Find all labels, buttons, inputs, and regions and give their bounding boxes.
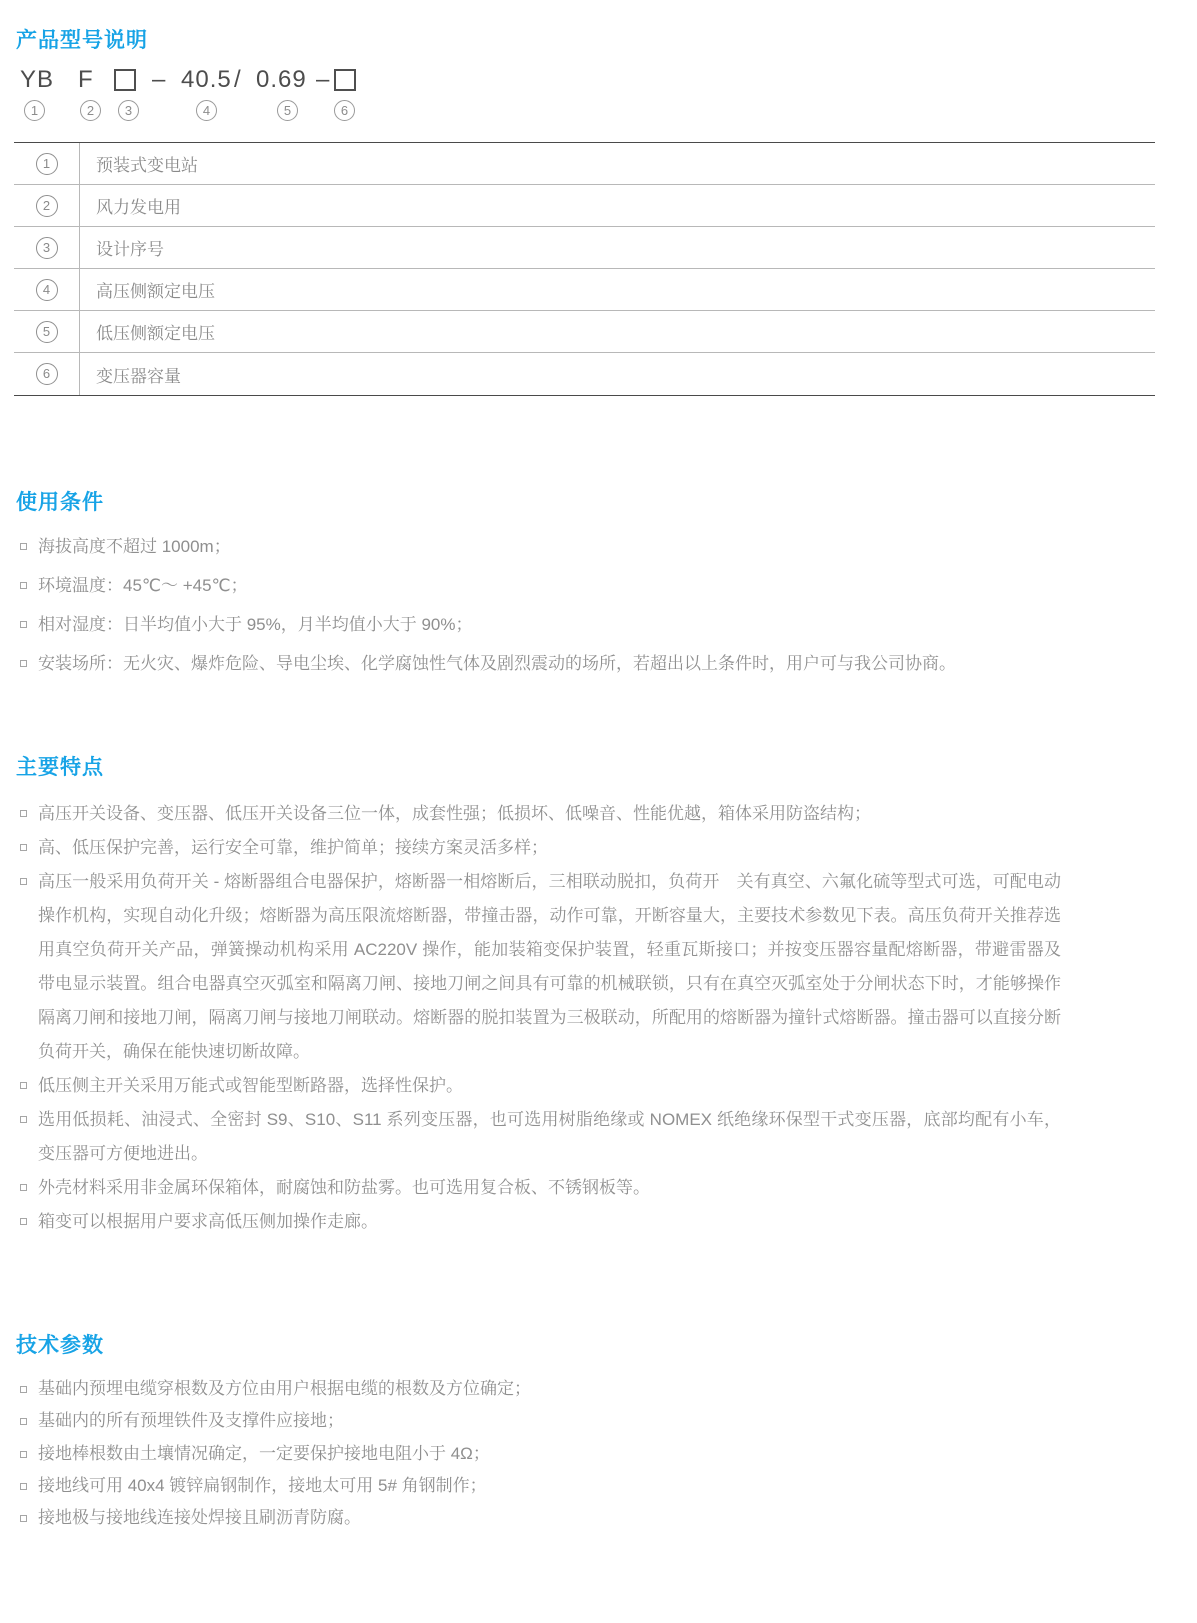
row-label: 设计序号 xyxy=(80,235,164,260)
row-number-cell: 1 xyxy=(14,143,80,184)
square-bullet-icon xyxy=(20,1218,27,1225)
list-item: 接地棒根数由土壤情况确定，一定要保护接地电阻小于 4Ω； xyxy=(18,1438,1061,1470)
square-bullet-icon xyxy=(20,1386,27,1393)
list-item-text: 接地线可用 40x4 镀锌扁钢制作，接地太可用 5# 角钢制作； xyxy=(38,1476,487,1495)
list-item: 低压侧主开关采用万能式或智能型断路器，选择性保护。 xyxy=(18,1069,1061,1103)
list-item: 安装场所：无火灾、爆炸危险、导电尘埃、化学腐蚀性气体及剧烈震动的场所，若超出以上… xyxy=(18,647,1061,681)
list-item-text: 选用低损耗、油浸式、全密封 S9、S10、S11 系列变压器，也可选用树脂绝缘或… xyxy=(38,1110,1061,1163)
list-item: 高压一般采用负荷开关 - 熔断器组合电器保护，熔断器一相熔断后，三相联动脱扣，负… xyxy=(18,865,1061,1069)
list-item: 选用低损耗、油浸式、全密封 S9、S10、S11 系列变压器，也可选用树脂绝缘或… xyxy=(18,1103,1061,1171)
row-number-cell: 3 xyxy=(14,227,80,268)
marker-circle-6: 6 xyxy=(334,100,355,121)
square-bullet-icon xyxy=(20,1483,27,1490)
table-row: 5 低压侧额定电压 xyxy=(14,311,1155,353)
marker-circle-3: 3 xyxy=(118,100,139,121)
list-item-text: 高、低压保护完善，运行安全可靠，维护简单；接续方案灵活多样； xyxy=(38,838,548,857)
usage-conditions-list: 海拔高度不超过 1000m； 环境温度：45℃～ +45℃； 相对湿度：日半均值… xyxy=(0,530,1131,681)
list-item-text: 海拔高度不超过 1000m； xyxy=(38,537,231,556)
main-features-list: 高压开关设备、变压器、低压开关设备三位一体，成套性强；低损坏、低噪音、性能优越，… xyxy=(0,797,1131,1239)
model-placeholder-box-icon xyxy=(114,69,136,91)
circled-number-icon: 4 xyxy=(36,279,58,301)
list-item-text: 接地棒根数由土壤情况确定，一定要保护接地电阻小于 4Ω； xyxy=(38,1444,490,1463)
square-bullet-icon xyxy=(20,844,27,851)
list-item: 接地线可用 40x4 镀锌扁钢制作，接地太可用 5# 角钢制作； xyxy=(18,1470,1061,1502)
square-bullet-icon xyxy=(20,1082,27,1089)
table-row: 6 变压器容量 xyxy=(14,353,1155,395)
list-item: 基础内的所有预埋铁件及支撑件应接地； xyxy=(18,1405,1061,1437)
list-item: 箱变可以根据用户要求高低压侧加操作走廊。 xyxy=(18,1205,1061,1239)
marker-circle-4: 4 xyxy=(196,100,217,121)
list-item-text: 安装场所：无火灾、爆炸危险、导电尘埃、化学腐蚀性气体及剧烈震动的场所，若超出以上… xyxy=(38,654,956,673)
list-item: 环境温度：45℃～ +45℃； xyxy=(18,569,1061,603)
list-item-text: 相对湿度：日半均值小大于 95%，月半均值小大于 90%； xyxy=(38,615,473,634)
main-features-title: 主要特点 xyxy=(16,751,1197,781)
list-item: 外壳材料采用非金属环保箱体，耐腐蚀和防盐雾。也可选用复合板、不锈钢板等。 xyxy=(18,1171,1061,1205)
square-bullet-icon xyxy=(20,543,27,550)
technical-parameters-title: 技术参数 xyxy=(16,1329,1197,1359)
technical-parameters-list: 基础内预埋电缆穿根数及方位由用户根据电缆的根数及方位确定； 基础内的所有预埋铁件… xyxy=(0,1373,1131,1534)
square-bullet-icon xyxy=(20,1418,27,1425)
model-code-lv: 0.69 xyxy=(256,66,307,94)
list-item: 基础内预埋电缆穿根数及方位由用户根据电缆的根数及方位确定； xyxy=(18,1373,1061,1405)
model-legend-table: 1 预装式变电站 2 风力发电用 3 设计序号 4 高压侧额定电压 5 低压侧额… xyxy=(14,142,1155,396)
square-bullet-icon xyxy=(20,1116,27,1123)
circled-number-icon: 1 xyxy=(36,153,58,175)
circled-number-icon: 3 xyxy=(36,237,58,259)
square-bullet-icon xyxy=(20,660,27,667)
list-item: 高压开关设备、变压器、低压开关设备三位一体，成套性强；低损坏、低噪音、性能优越，… xyxy=(18,797,1061,831)
row-number-cell: 6 xyxy=(14,353,80,395)
model-placeholder-box-icon xyxy=(334,69,356,91)
model-code-dash2: – xyxy=(316,66,330,94)
row-label: 高压侧额定电压 xyxy=(80,277,215,302)
marker-circle-2: 2 xyxy=(80,100,101,121)
row-label: 变压器容量 xyxy=(80,362,181,387)
list-item-text: 高压一般采用负荷开关 - 熔断器组合电器保护，熔断器一相熔断后，三相联动脱扣，负… xyxy=(38,872,1061,1061)
table-row: 2 风力发电用 xyxy=(14,185,1155,227)
table-row: 1 预装式变电站 xyxy=(14,143,1155,185)
usage-conditions-title: 使用条件 xyxy=(16,486,1197,516)
square-bullet-icon xyxy=(20,878,27,885)
circled-number-icon: 5 xyxy=(36,321,58,343)
model-code-series: YB xyxy=(20,66,54,94)
circled-number-icon: 6 xyxy=(36,363,58,385)
square-bullet-icon xyxy=(20,1451,27,1458)
table-row: 3 设计序号 xyxy=(14,227,1155,269)
list-item-text: 箱变可以根据用户要求高低压侧加操作走廊。 xyxy=(38,1212,378,1231)
row-number-cell: 5 xyxy=(14,311,80,352)
list-item-text: 外壳材料采用非金属环保箱体，耐腐蚀和防盐雾。也可选用复合板、不锈钢板等。 xyxy=(38,1178,650,1197)
row-number-cell: 4 xyxy=(14,269,80,310)
list-item-text: 低压侧主开关采用万能式或智能型断路器，选择性保护。 xyxy=(38,1076,463,1095)
square-bullet-icon xyxy=(20,1184,27,1191)
list-item-text: 基础内预埋电缆穿根数及方位由用户根据电缆的根数及方位确定； xyxy=(38,1379,531,1398)
list-item-text: 高压开关设备、变压器、低压开关设备三位一体，成套性强；低损坏、低噪音、性能优越，… xyxy=(38,804,871,823)
model-code-type: F xyxy=(78,66,94,94)
model-section-title: 产品型号说明 xyxy=(16,24,1197,54)
row-label: 预装式变电站 xyxy=(80,151,198,176)
square-bullet-icon xyxy=(20,621,27,628)
list-item-text: 基础内的所有预埋铁件及支撑件应接地； xyxy=(38,1411,344,1430)
model-code-hv: 40.5 xyxy=(181,66,232,94)
model-code-diagram: YB F – 40.5 / 0.69 – 1 2 3 4 5 6 xyxy=(0,66,1197,128)
list-item: 高、低压保护完善，运行安全可靠，维护简单；接续方案灵活多样； xyxy=(18,831,1061,865)
row-label: 风力发电用 xyxy=(80,193,181,218)
model-code-dash: – xyxy=(152,66,166,94)
list-item: 海拔高度不超过 1000m； xyxy=(18,530,1061,564)
list-item: 相对湿度：日半均值小大于 95%，月半均值小大于 90%； xyxy=(18,608,1061,642)
model-code-slash: / xyxy=(234,66,242,94)
square-bullet-icon xyxy=(20,1515,27,1522)
marker-circle-5: 5 xyxy=(277,100,298,121)
square-bullet-icon xyxy=(20,582,27,589)
list-item-text: 环境温度：45℃～ +45℃； xyxy=(38,576,248,595)
list-item: 接地极与接地线连接处焊接且刷沥青防腐。 xyxy=(18,1502,1061,1534)
marker-circle-1: 1 xyxy=(24,100,45,121)
table-row: 4 高压侧额定电压 xyxy=(14,269,1155,311)
list-item-text: 接地极与接地线连接处焊接且刷沥青防腐。 xyxy=(38,1508,361,1527)
circled-number-icon: 2 xyxy=(36,195,58,217)
square-bullet-icon xyxy=(20,810,27,817)
row-number-cell: 2 xyxy=(14,185,80,226)
row-label: 低压侧额定电压 xyxy=(80,319,215,344)
